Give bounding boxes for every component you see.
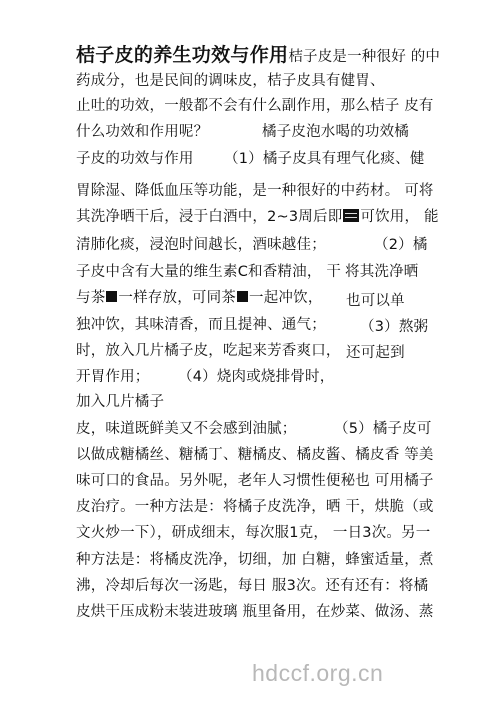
doc-text: （2）橘 [374, 237, 428, 253]
section-heading: 橘子皮泡水喝的功效橘 [262, 124, 409, 140]
document-title: 桔子皮的养生功效与作用 [76, 44, 288, 66]
doc-line-10a: 与茶一样存放，可同茶一起冲饮， [76, 289, 323, 307]
doc-text: 什么功效和作用呢？ [76, 124, 208, 140]
doc-line-15a: 皮，味道既鲜美又不会感到油腻； [76, 420, 297, 438]
doc-text: （4）烧肉或烧排骨时， [178, 369, 334, 385]
doc-line-15b: （5）橘子皮可 [334, 420, 432, 438]
doc-text: （5）橘子皮可 [334, 421, 432, 437]
doc-line-11a: 独冲饮，其味清香，而且提神、通气； [76, 316, 326, 334]
doc-line-1: 桔子皮的养生功效与作用桔子皮是一种很好 的中 [76, 46, 440, 66]
doc-line-8a: 清肺化痰，浸泡时间越长，酒味越佳； [76, 236, 326, 254]
doc-text: 将其洗净晒 [345, 264, 419, 280]
doc-line-20: 种方法是：将橘皮洗净，切细，加 白糖，蜂蜜适量，煮 [76, 551, 434, 569]
doc-text: （3）熬粥 [360, 319, 428, 335]
doc-line-13b: （4）烧肉或烧排骨时， [178, 368, 334, 386]
doc-text: 文火炒一下），研成细末，每次服1克， 一日3次。另一 [76, 525, 431, 541]
doc-line-4a: 什么功效和作用呢？ [76, 123, 208, 141]
doc-line-21: 沸，冷却后每次一汤匙，每日 服3次。还有还有：将橘 [76, 577, 428, 595]
doc-text: 止吐的功效，一般都不会有什么副作用，那么桔子 皮有 [76, 98, 434, 114]
doc-line-3: 止吐的功效，一般都不会有什么副作用，那么桔子 皮有 [76, 97, 434, 115]
doc-line-5b: （1）橘子皮具有理气化痰、健 [224, 150, 425, 168]
doc-text: 其洗净晒干后，浸于白酒中，2~3周后即 [76, 209, 342, 225]
doc-line-5a: 子皮的功效与作用 [76, 150, 194, 168]
doc-text: （1）橘子皮具有理气化痰、健 [224, 151, 425, 167]
doc-line-13a: 开胃作用； [76, 368, 150, 386]
garbled-box-icon [343, 209, 359, 222]
doc-text: 皮治疗。一种方法是：将橘子皮洗净，晒 干，烘脆（或 [76, 499, 434, 515]
doc-line-2: 药成分，也是民间的调味皮，桔子皮具有健胃、 [76, 72, 385, 90]
doc-line-11b: （3）熬粥 [360, 318, 428, 336]
doc-line-9b: 将其洗净晒 [345, 263, 419, 281]
doc-text: 清肺化痰，浸泡时间越长，酒味越佳； [76, 237, 326, 253]
doc-text: 子皮中含有大量的维生素C和香精油， 干 [76, 264, 341, 280]
doc-line-16: 以做成糖橘丝、糖橘丁、糖橘皮、橘皮酱、橘皮香 等美 [76, 446, 434, 464]
doc-text: 胃除湿、降低血压等功能，是一种很好的中药材。 可将 [76, 183, 434, 199]
black-square-icon [237, 291, 248, 302]
doc-text: 以做成糖橘丝、糖橘丁、糖橘皮、橘皮酱、橘皮香 等美 [76, 447, 434, 463]
doc-line-8b: （2）橘 [374, 236, 428, 254]
doc-text: 独冲饮，其味清香，而且提神、通气； [76, 317, 326, 333]
doc-line-9a: 子皮中含有大量的维生素C和香精油， 干 [76, 263, 341, 281]
doc-line-4b: 橘子皮泡水喝的功效橘 [262, 123, 409, 141]
doc-text: 桔子皮是一种很好 的中 [288, 49, 440, 65]
doc-text: 时，放入几片橘子皮，吃起来芳香爽口， [76, 343, 341, 359]
doc-line-22: 皮烘干压成粉末装进玻璃 瓶里备用，在炒菜、做汤、蒸 [76, 603, 434, 621]
black-square-icon [106, 291, 117, 302]
doc-line-10b: 也可以单 [346, 292, 405, 310]
doc-text: 开胃作用； [76, 369, 150, 385]
watermark: hdccf.org.cn [252, 660, 383, 687]
doc-text: 药成分，也是民间的调味皮，桔子皮具有健胃、 [76, 73, 385, 89]
doc-text: 一起冲饮， [249, 290, 323, 306]
doc-line-12b: 还可起到 [346, 344, 405, 362]
section-heading: 子皮的功效与作用 [76, 151, 194, 167]
doc-text: 沸，冷却后每次一汤匙，每日 服3次。还有还有：将橘 [76, 578, 428, 594]
doc-text: 可饮用， 能 [360, 209, 438, 225]
doc-text: 皮，味道既鲜美又不会感到油腻； [76, 421, 297, 437]
doc-text: 还可起到 [346, 345, 405, 361]
doc-line-12a: 时，放入几片橘子皮，吃起来芳香爽口， [76, 342, 341, 360]
doc-text: 也可以单 [346, 293, 405, 309]
doc-line-19: 文火炒一下），研成细末，每次服1克， 一日3次。另一 [76, 524, 431, 542]
doc-text: 种方法是：将橘皮洗净，切细，加 白糖，蜂蜜适量，煮 [76, 552, 434, 568]
doc-line-6: 胃除湿、降低血压等功能，是一种很好的中药材。 可将 [76, 182, 434, 200]
doc-text: 皮烘干压成粉末装进玻璃 瓶里备用，在炒菜、做汤、蒸 [76, 604, 434, 620]
doc-line-17: 味可口的食品。另外呢，老年人习惯性便秘也 可用橘子 [76, 472, 434, 490]
doc-line-14: 加入几片橘子 [76, 393, 164, 411]
doc-text: 与茶 [76, 290, 105, 306]
doc-line-7: 其洗净晒干后，浸于白酒中，2~3周后即可饮用， 能 [76, 208, 439, 226]
document-page: 桔子皮的养生功效与作用桔子皮是一种很好 的中 药成分，也是民间的调味皮，桔子皮具… [0, 0, 500, 707]
doc-text: 一样存放，可同茶 [118, 290, 236, 306]
doc-line-18: 皮治疗。一种方法是：将橘子皮洗净，晒 干，烘脆（或 [76, 498, 434, 516]
doc-text: 加入几片橘子 [76, 394, 164, 410]
doc-text: 味可口的食品。另外呢，老年人习惯性便秘也 可用橘子 [76, 473, 434, 489]
